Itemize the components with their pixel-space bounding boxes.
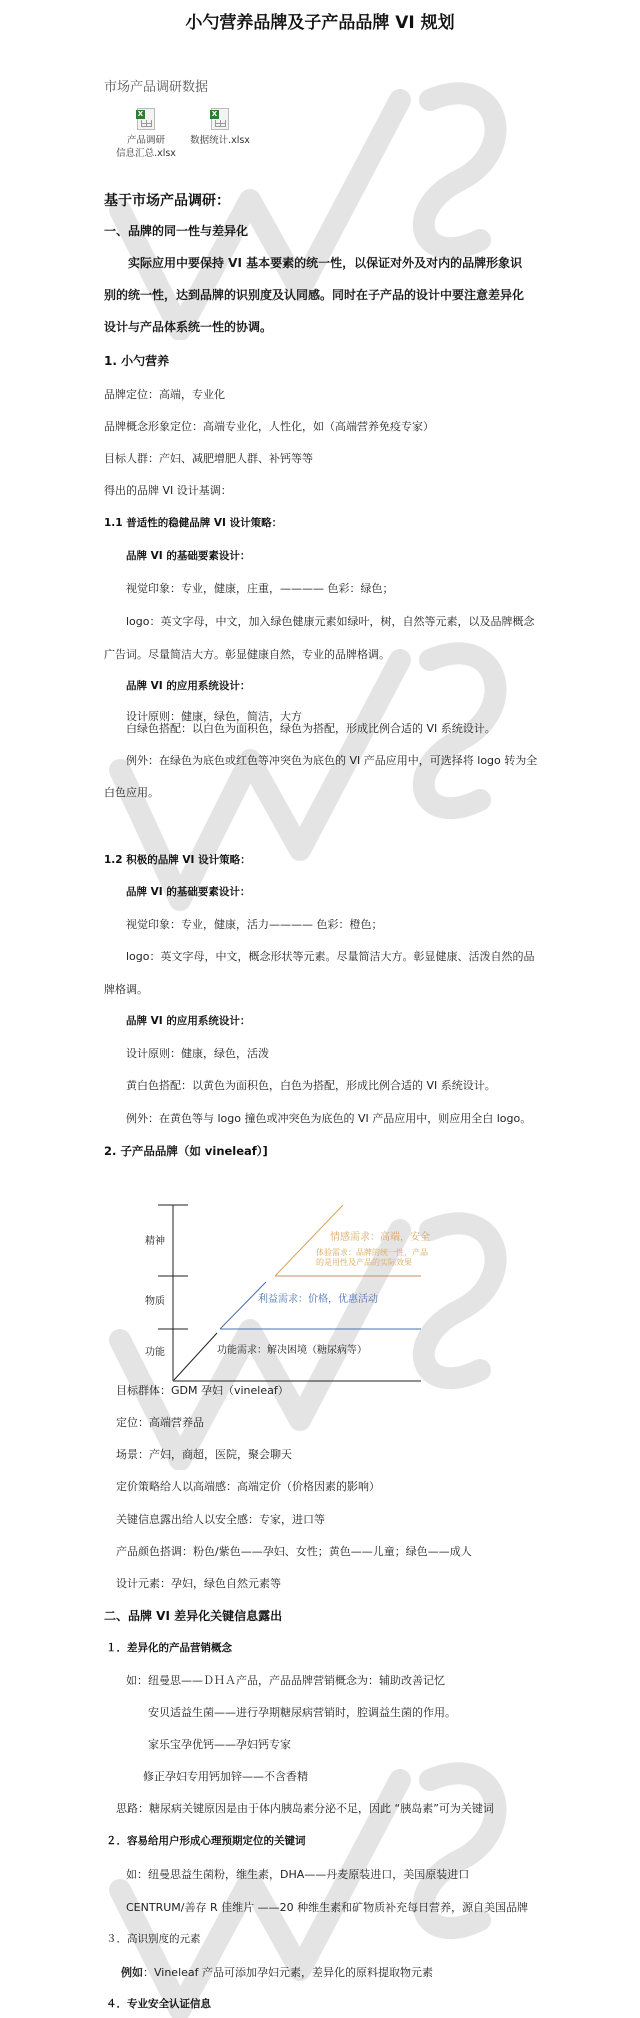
item4-heading: ４．专业安全认证信息 bbox=[106, 1996, 211, 2011]
level-label-functional: 功能 bbox=[145, 1343, 165, 1358]
text-line: 视觉印象：专业，健康，活力———— 色彩：橙色； bbox=[126, 916, 383, 932]
text-line: 安贝适益生菌——进行孕期糖尿病营销时，腔调益生菌的作用。 bbox=[148, 1704, 456, 1720]
text-line: 得出的品牌 VI 设计基调： bbox=[104, 482, 232, 498]
text-line: 黄白色搭配：以黄色为面积色，白色为搭配，形成比例合适的 VI 系统设计。 bbox=[126, 1077, 496, 1093]
functional-needs-label: 功能需求：解决困境（糖尿病等） bbox=[217, 1341, 367, 1356]
text-line: 修正孕妇专用钙加锌——不含香精 bbox=[143, 1768, 308, 1784]
text-line: 设计原则：健康，绿色，活泼 bbox=[126, 1045, 269, 1061]
text-line: 定价策略给人以高端感：高端定价（价格因素的影响） bbox=[116, 1478, 380, 1494]
section1-heading: 一、品牌的同一性与差异化 bbox=[104, 222, 248, 239]
text-line: 牌格调。 bbox=[104, 981, 148, 997]
text-line: CENTRUM/善存 R 佳维片 ——20 种维生素和矿物质补充每日营养，源自美… bbox=[126, 1899, 528, 1915]
text-line: 广告词。尽量简洁大方。彰显健康自然，专业的品牌格调。 bbox=[104, 646, 390, 662]
sub2-heading: 2. 子产品品牌（如 vineleaf）] bbox=[104, 1143, 268, 1159]
text-line: logo：英文字母，中文，概念形状等元素。尽量简洁大方。彰显健康、活泼自然的品 bbox=[126, 948, 535, 964]
basic-design-heading: 品牌 VI 的基础要素设计： bbox=[126, 548, 250, 563]
section2-heading: 二、品牌 VI 差异化关键信息露出 bbox=[104, 1607, 282, 1624]
example-line: 例如：Vineleaf 产品可添加孕妇元素，差异化的原料提取物元素 bbox=[121, 1964, 433, 1980]
text-line: 目标人群：产妇、减肥增肥人群、补钙等等 bbox=[104, 450, 313, 466]
text-line: 例外：在绿色为底色或红色等冲突色为底色的 VI 产品应用中，可选择将 logo … bbox=[126, 752, 537, 768]
strategy1-heading: 1.1 普适性的稳健品牌 VI 设计策略： bbox=[104, 515, 282, 530]
basic-design-heading: 品牌 VI 的基础要素设计： bbox=[126, 884, 250, 899]
example-label: 例如 bbox=[121, 1966, 143, 1979]
text-line: 视觉印象：专业，健康，庄重，———— 色彩：绿色； bbox=[126, 580, 394, 596]
text-line: 产品颜色搭调：粉色/紫色——孕妇、女性；黄色——儿童；绿色——成人 bbox=[116, 1543, 472, 1559]
attachment-name-line1: 数据统计.xlsx bbox=[182, 134, 258, 147]
text-line: logo：英文字母，中文，加入绿色健康元素如绿叶，树，自然等元素，以及品牌概念 bbox=[126, 613, 535, 629]
text-line: 品牌定位：高端，专业化 bbox=[104, 386, 225, 402]
experience-needs-label: 的是用性及产品的实际效果 bbox=[316, 1257, 412, 1268]
application-design-heading: 品牌 VI 的应用系统设计： bbox=[126, 678, 250, 693]
text-line: 家乐宝孕优钙——孕妇钙专家 bbox=[148, 1736, 291, 1752]
intro-heading: 基于市场产品调研： bbox=[104, 190, 230, 210]
paragraph-line: 实际应用中要保持 VI 基本要素的统一性，以保证对外及对内的品牌形象识 bbox=[128, 254, 522, 271]
sub1-heading: 1. 小勺营养 bbox=[104, 352, 169, 369]
level-label-spiritual: 精神 bbox=[145, 1232, 165, 1247]
attachment-name-line1: 产品调研 bbox=[108, 134, 184, 147]
attachments-label: 市场产品调研数据 bbox=[104, 76, 208, 95]
text-line: 关键信息露出给人以安全感：专家，进口等 bbox=[116, 1511, 325, 1527]
excel-file-icon: X bbox=[211, 108, 229, 130]
attachment-file[interactable]: X 数据统计.xlsx bbox=[182, 108, 258, 147]
text-line: 设计元素：孕妇，绿色自然元素等 bbox=[116, 1575, 281, 1591]
application-design-heading: 品牌 VI 的应用系统设计： bbox=[126, 1013, 250, 1028]
text-line: 场景：产妇，商超，医院，聚会聊天 bbox=[116, 1446, 292, 1462]
paragraph-line: 设计与产品体系统一性的协调。 bbox=[104, 318, 272, 335]
diagram-lines bbox=[0, 1180, 640, 1390]
strategy2-heading: 1.2 积极的品牌 VI 设计策略： bbox=[104, 852, 251, 867]
paragraph-line: 别的统一性，达到品牌的识别度及认同感。同时在子产品的设计中要注意差异化 bbox=[104, 286, 524, 303]
item3-heading: ３．高识别度的元素 bbox=[106, 1931, 201, 1946]
text-line: 品牌概念形象定位：高端专业化，人性化，如（高端营养免疫专家） bbox=[104, 418, 434, 434]
benefit-needs-label: 利益需求：价格，优惠活动 bbox=[258, 1290, 378, 1305]
text-line: 如：纽曼思——ＤＨＡ产品，产品品牌营销概念为：辅助改善记忆 bbox=[126, 1672, 445, 1688]
text-line: 白色应用。 bbox=[104, 784, 159, 800]
item2-heading: ２．容易给用户形成心理预期定位的关键词 bbox=[106, 1833, 306, 1848]
text-line: 定位：高端营养品 bbox=[116, 1414, 204, 1430]
document-title: 小勺营养品牌及子产品品牌 VI 规划 bbox=[0, 8, 640, 33]
text-line: 如：纽曼思益生菌粉，维生素，DHA——丹麦原装进口，美国原装进口 bbox=[126, 1866, 469, 1882]
text-line: 目标群体：GDM 孕妇（vineleaf） bbox=[116, 1382, 289, 1398]
emotional-needs-label: 情感需求：高端，安全 bbox=[330, 1228, 430, 1243]
text-line: 例外：在黄色等与 logo 撞色或冲突色为底色的 VI 产品应用中，则应用全白 … bbox=[126, 1110, 531, 1126]
attachment-file[interactable]: X 产品调研 信息汇总.xlsx bbox=[108, 108, 184, 160]
item1-heading: １．差异化的产品营销概念 bbox=[106, 1640, 232, 1655]
text-line: 白绿色搭配：以白色为面积色，绿色为搭配，形成比例合适的 VI 系统设计。 bbox=[126, 720, 496, 736]
example-text: ：Vineleaf 产品可添加孕妇元素，差异化的原料提取物元素 bbox=[143, 1966, 433, 1979]
text-line: 思路：糖尿病关键原因是由于体内胰岛素分泌不足，因此 “胰岛素”可为关键词 bbox=[116, 1800, 494, 1816]
needs-hierarchy-diagram: 精神 物质 功能 情感需求：高端，安全 体验需求：品牌的统一性，产品 的是用性及… bbox=[0, 1180, 640, 1390]
level-label-material: 物质 bbox=[145, 1292, 165, 1307]
excel-file-icon: X bbox=[137, 108, 155, 130]
attachment-name-line2: 信息汇总.xlsx bbox=[108, 147, 184, 160]
